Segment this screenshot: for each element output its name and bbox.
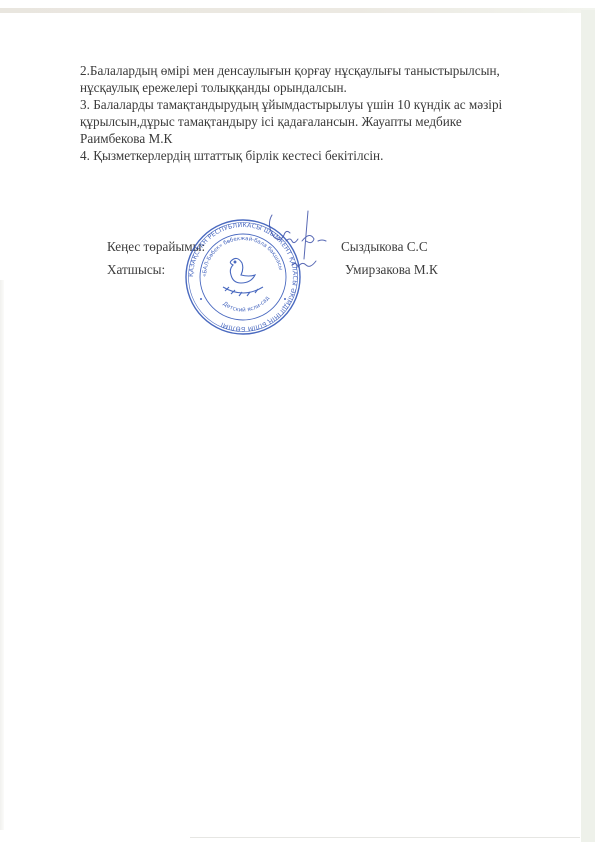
body-line: 2.Балалардың өмірі мен денсаулығын қорға…: [80, 62, 580, 79]
scan-left-edge: [0, 280, 4, 830]
body-line: нұсқаулық ережелері толыққанды орындалсы…: [80, 79, 580, 96]
document-body: 2.Балалардың өмірі мен денсаулығын қорға…: [80, 62, 580, 164]
secretary-label: Хатшысы:: [107, 261, 165, 278]
scan-bottom-edge: [190, 837, 580, 838]
secretary-name: Умирзакова М.К: [345, 261, 438, 278]
body-line: құрылсын,дұрыс тамақтандыру ісі қадағала…: [80, 113, 580, 130]
dove-icon: [223, 258, 263, 296]
chair-name: Сыздыкова С.С: [341, 238, 428, 255]
svg-text:Детский ясли-сад: Детский ясли-сад: [221, 295, 271, 313]
handwritten-signature: [262, 205, 332, 285]
body-line: 4. Қызметкерлердің штаттық бірлік кестес…: [80, 147, 580, 164]
body-line: 3. Балаларды тамақтандырудың ұйымдастыры…: [80, 96, 580, 113]
body-line: Раимбекова М.К: [80, 130, 580, 147]
scan-right-edge: [581, 10, 595, 842]
scan-top-edge: [0, 8, 595, 13]
